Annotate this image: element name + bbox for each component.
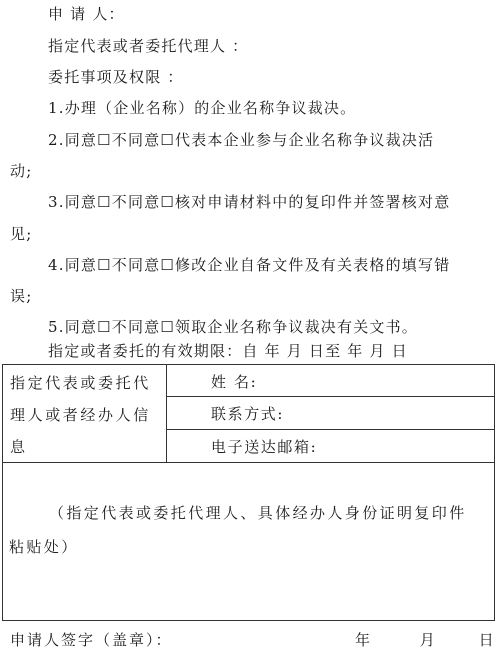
name-field-cell[interactable]: 姓 名: [167,365,494,397]
agent-label: 指定代表或者委托代理人 ： [0,36,494,56]
email-field-cell[interactable]: 电子送达邮箱: [167,431,494,463]
signature-year: 年 [355,630,413,650]
item-2-text: 2.同意☐不同意☐代表本企业参与企业名称争议裁决活 [48,131,434,149]
item-2-cont-text: 动; [10,162,32,180]
id-copy-paste-area: （指定代表或委托代理人、具体经办人身份证明复印件 粘贴处） [3,463,494,620]
agent-info-label-line-2: 理人或者经办人信 [10,405,151,425]
signature-line: 申请人签字（盖章）： 年 月 日 [10,630,500,650]
item-4-cont-text: 误; [10,287,32,305]
item-4-continuation: 误; [10,286,494,306]
agent-label-text: 指定代表或者委托代理人 ： [48,37,248,55]
agent-info-label-line-3: 息 [10,437,28,457]
validity-text: 指定或者委托的有效期限：自 年 月 日至 年 月 日 [48,342,408,360]
name-field-label: 姓 名: [211,372,257,392]
contact-field-cell[interactable]: 联系方式: [167,398,494,430]
scope-label: 委托事项及权限 ： [0,67,494,87]
item-4: 4.同意☐不同意☐修改企业自备文件及有关表格的填写错 [0,255,494,275]
item-3: 3.同意☐不同意☐核对申请材料中的复印件并签署核对意 [0,192,494,212]
paste-area-line-1: （指定代表或委托代理人、具体经办人身份证明复印件 [49,503,467,523]
item-1: 1.办理（企业名称）的企业名称争议裁决。 [0,98,494,118]
agent-info-table: 指定代表或委托代 理人或者经办人信 息 姓 名: 联系方式: 电子送达邮箱: （… [2,364,495,621]
signature-label: 申请人签字（盖章）： [10,631,173,649]
item-5-text: 5.同意☐不同意☐领取企业名称争议裁决有关文书。 [48,318,418,336]
signature-month: 月 [420,630,472,650]
item-2-continuation: 动; [10,161,494,181]
item-3-text: 3.同意☐不同意☐核对申请材料中的复印件并签署核对意 [48,193,450,211]
contact-field-label: 联系方式: [211,404,284,424]
paste-area-line-2: 粘贴处） [9,537,79,557]
agent-info-label-line-1: 指定代表或委托代 [10,373,151,393]
signature-day: 日 [479,630,496,650]
scope-label-text: 委托事项及权限 ： [48,68,184,86]
item-5: 5.同意☐不同意☐领取企业名称争议裁决有关文书。 [0,317,494,337]
applicant-label-text: 申 请 人： [48,5,125,23]
item-1-text: 1.办理（企业名称）的企业名称争议裁决。 [48,99,356,117]
email-field-label: 电子送达邮箱: [211,437,317,457]
row-divider [167,396,494,397]
row-divider [167,429,494,430]
item-4-text: 4.同意☐不同意☐修改企业自备文件及有关表格的填写错 [48,256,450,274]
item-3-continuation: 见; [10,224,494,244]
signature-date: 年 月 日 [355,630,496,650]
applicant-label: 申 请 人： [0,4,494,24]
agent-info-label-cell: 指定代表或委托代 理人或者经办人信 息 [3,365,167,463]
item-2: 2.同意☐不同意☐代表本企业参与企业名称争议裁决活 [0,130,494,150]
item-3-cont-text: 见; [10,225,32,243]
validity-period: 指定或者委托的有效期限：自 年 月 日至 年 月 日 [0,341,494,361]
